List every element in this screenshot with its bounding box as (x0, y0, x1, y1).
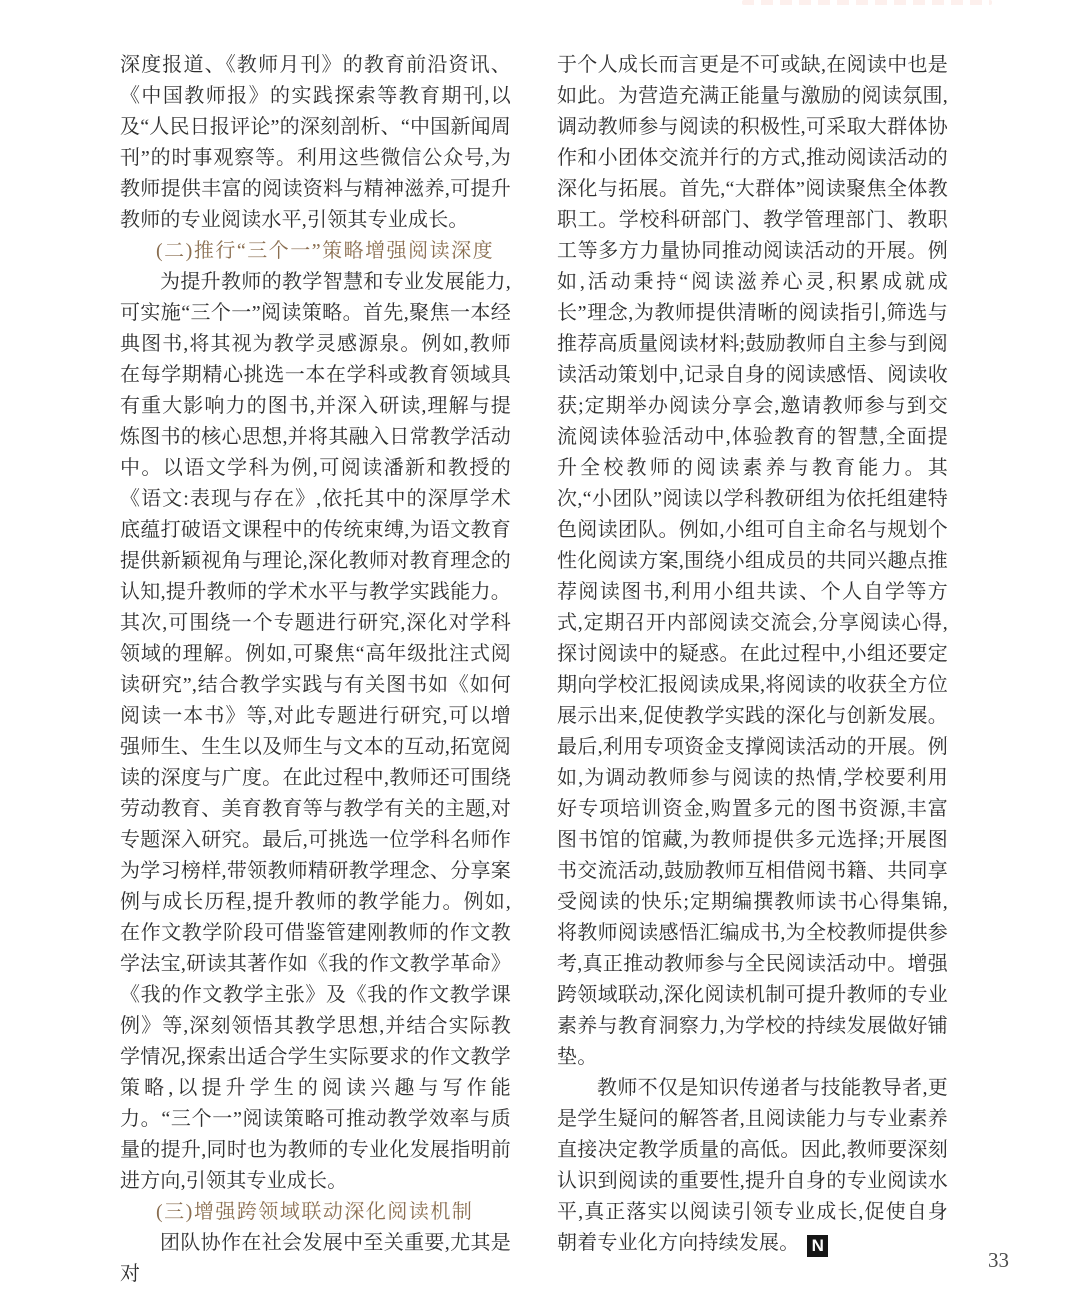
right-paragraph-continuation: 于个人成长而言更是不可或缺,在阅读中也是如此。为营造充满正能量与激励的阅读氛围,… (557, 50, 948, 1073)
right-text-column: 于个人成长而言更是不可或缺,在阅读中也是如此。为营造充满正能量与激励的阅读氛围,… (557, 50, 948, 1259)
right-paragraph-closing: 教师不仅是知识传递者与技能教导者,更是学生疑问的解答者,且阅读能力与专业素养直接… (557, 1073, 948, 1259)
faint-running-header-remnant (742, 0, 992, 5)
left-text-column: 深度报道、《教师月刊》的教育前沿资讯、《中国教师报》的实践探索等教育期刊,以及“… (120, 50, 511, 1290)
page-number: 33 (988, 1248, 1009, 1273)
closing-paragraph-text: 教师不仅是知识传递者与技能教导者,更是学生疑问的解答者,且阅读能力与专业素养直接… (557, 1077, 948, 1254)
left-paragraph-section-2: 为提升教师的教学智慧和专业发展能力,可实施“三个一”阅读策略。首先,聚焦一本经典… (120, 267, 511, 1197)
section-heading-3: (三)增强跨领域联动深化阅读机制 (120, 1197, 511, 1228)
left-paragraph-section-3-start: 团队协作在社会发展中至关重要,尤其是对 (120, 1228, 511, 1290)
article-end-mark: N (807, 1235, 828, 1257)
document-page: 深度报道、《教师月刊》的教育前沿资讯、《中国教师报》的实践探索等教育期刊,以及“… (0, 0, 1066, 1290)
section-heading-2: (二)推行“三个一”策略增强阅读深度 (120, 236, 511, 267)
left-paragraph-continuation: 深度报道、《教师月刊》的教育前沿资讯、《中国教师报》的实践探索等教育期刊,以及“… (120, 50, 511, 236)
